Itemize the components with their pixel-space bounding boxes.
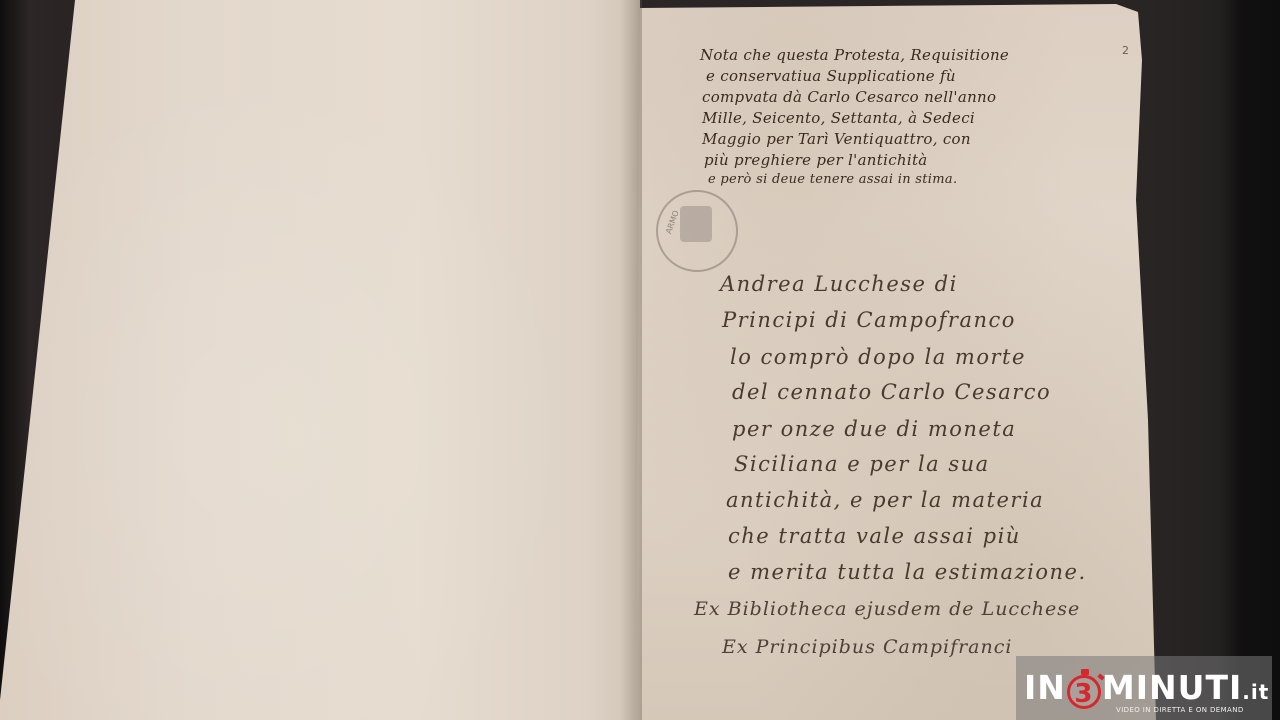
stamp-emblem-icon: [680, 206, 712, 242]
note-line: Nota che questa Protesta, Requisitione: [700, 46, 1009, 64]
brand-suffix: MINUTI: [1102, 668, 1242, 707]
ex-libris-line: Ex Principibus Campifranci: [722, 636, 1012, 658]
book-gutter: [620, 0, 642, 720]
body-line: Andrea Lucchese di: [720, 272, 958, 296]
body-line: lo comprò dopo la morte: [730, 345, 1026, 369]
body-line: antichità, e per la materia: [726, 488, 1044, 512]
stamp-text: ARMO: [664, 209, 681, 235]
body-line: per onze due di moneta: [732, 417, 1016, 441]
in3minuti-watermark: IN 3 MINUTI .it VIDEO IN DIRETTA E ON DE…: [1016, 656, 1272, 720]
note-line: più preghiere per l'antichità: [704, 151, 928, 169]
body-line: Siciliana e per la sua: [734, 452, 990, 476]
body-line: e merita tutta la estimazione.: [728, 560, 1087, 584]
body-line: Principi di Campofranco: [722, 308, 1016, 332]
note-line: Maggio per Tarì Ventiquattro, con: [702, 130, 971, 148]
body-line: che tratta vale assai più: [728, 524, 1021, 548]
note-line: e conservatiua Supplicatione fù: [706, 67, 956, 85]
ex-libris-line: Ex Bibliotheca ejusdem de Lucchese: [694, 598, 1080, 620]
brand-tagline: VIDEO IN DIRETTA E ON DEMAND: [1116, 706, 1244, 714]
brand-number: 3: [1074, 679, 1093, 709]
brand-prefix: IN: [1024, 668, 1066, 707]
page-number: 2: [1122, 44, 1129, 57]
brand-wordmark: IN 3 MINUTI .it: [1024, 668, 1269, 707]
note-line: Mille, Seicento, Settanta, à Sedeci: [702, 109, 975, 127]
left-page-blank: [0, 0, 640, 720]
library-stamp: ARMO: [656, 190, 738, 272]
stopwatch-icon: 3: [1067, 675, 1101, 709]
note-line: e però si deue tenere assai in stima.: [708, 172, 957, 187]
brand-tld: .it: [1242, 680, 1269, 704]
body-line: del cennato Carlo Cesarco: [732, 380, 1051, 404]
note-line: compvata dà Carlo Cesarco nell'anno: [702, 88, 996, 106]
